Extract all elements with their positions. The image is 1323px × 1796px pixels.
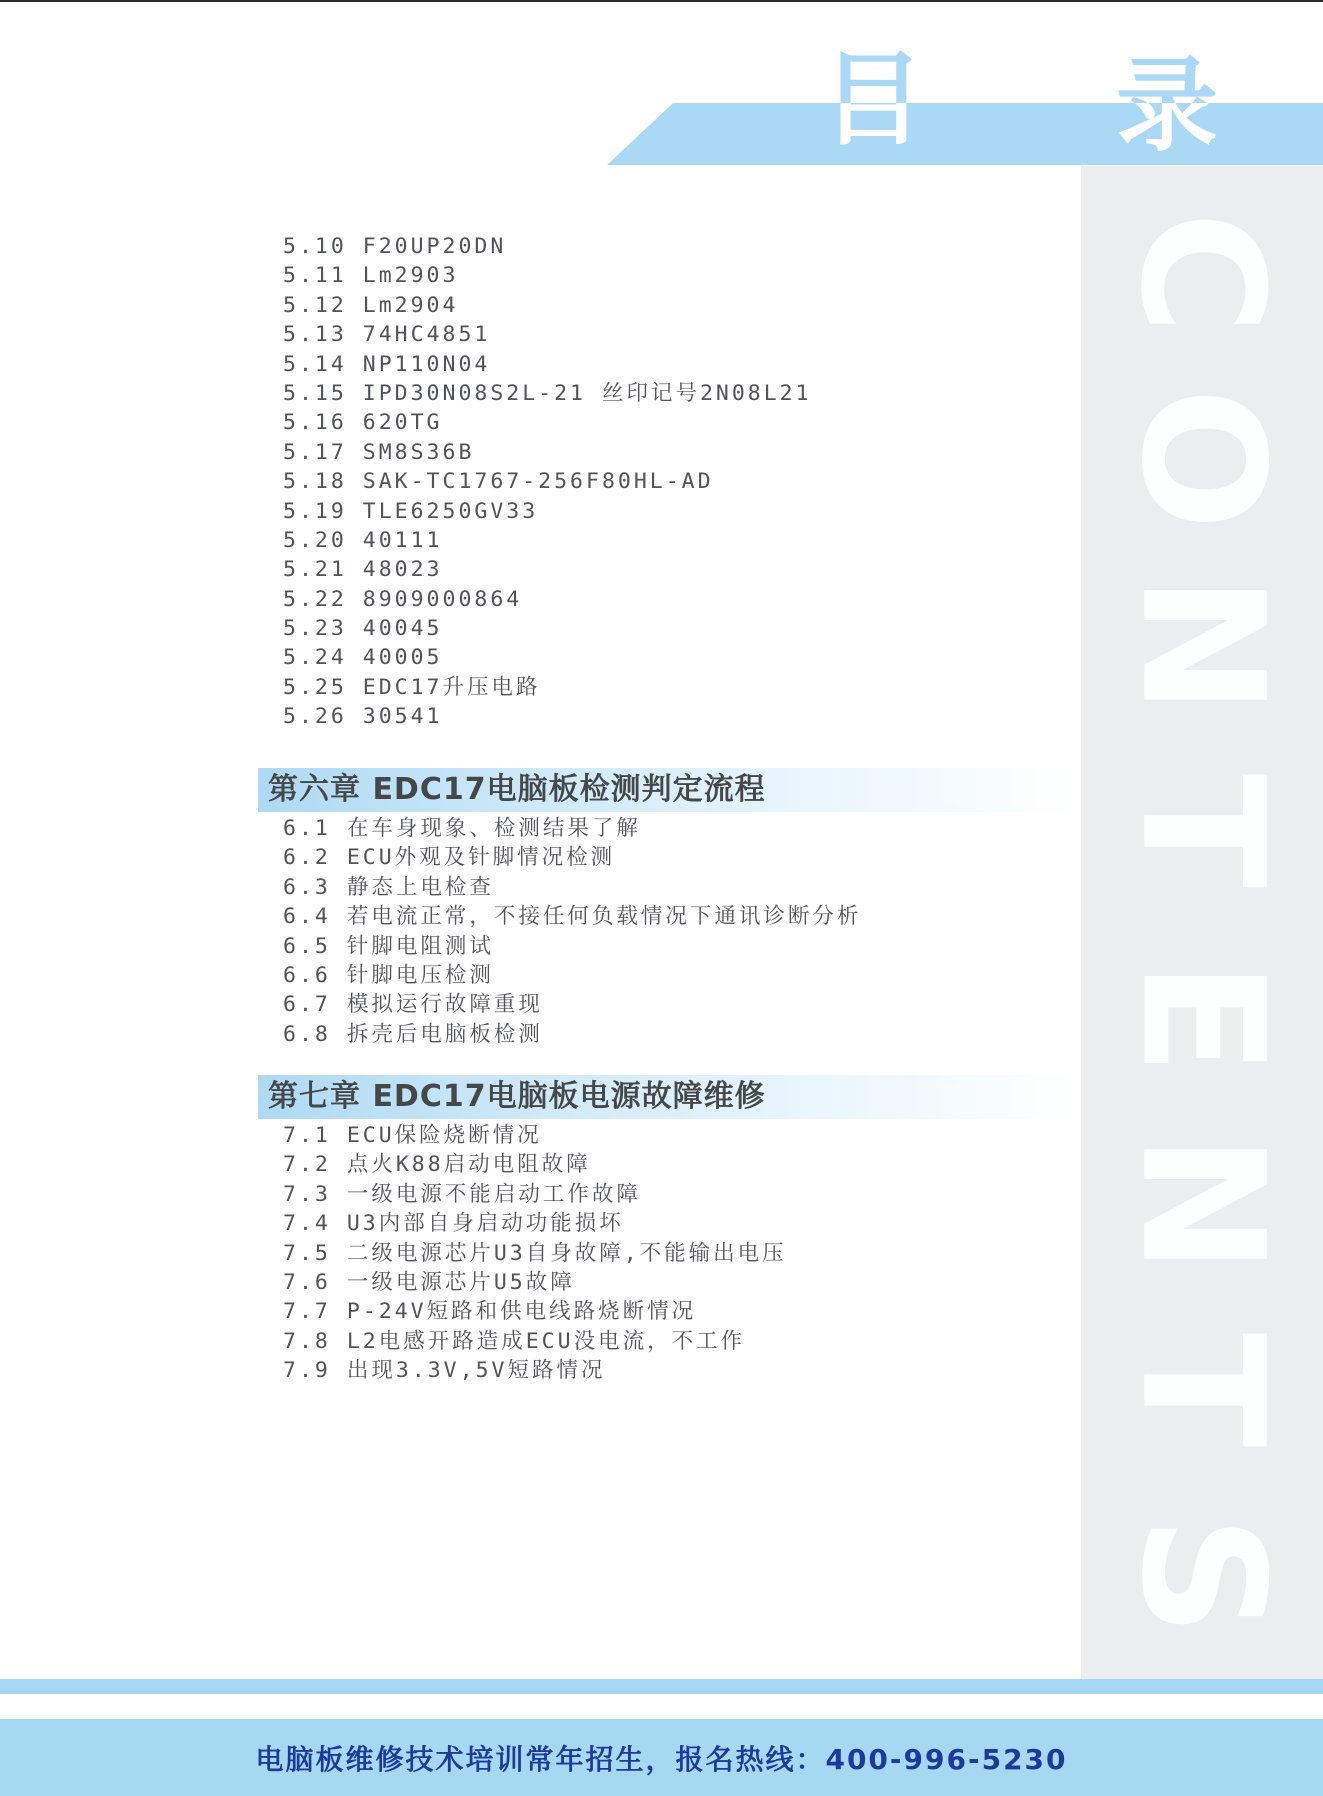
toc-item: 5.15IPD30N08S2L-21 丝印记号2N08L21 <box>283 379 812 408</box>
toc-item-number: 5.23 <box>283 614 347 643</box>
toc-item: 7.8L2电感开路造成ECU没电流，不工作 <box>283 1327 787 1356</box>
toc-item-title: 在车身现象、检测结果了解 <box>347 814 641 843</box>
toc-item-title: 拆壳后电脑板检测 <box>347 1020 543 1049</box>
toc-item-title: U3内部自身启动功能损坏 <box>347 1209 624 1238</box>
toc-item-number: 7.4 <box>283 1209 331 1238</box>
chapter-7-header-bar: 第七章 EDC17电脑板电源故障维修 <box>258 1075 1076 1119</box>
toc-item-title: 74HC4851 <box>363 320 491 349</box>
toc-item: 5.17SM8S36B <box>283 438 812 467</box>
chapter-6-header-bar: 第六章 EDC17电脑板检测判定流程 <box>258 768 1076 812</box>
toc-item-number: 7.2 <box>283 1150 331 1179</box>
toc-item-title: 出现3.3V,5V短路情况 <box>347 1356 606 1385</box>
toc-item: 5.2148023 <box>283 555 812 584</box>
toc-item-number: 5.22 <box>283 585 347 614</box>
toc-item-title: P-24V短路和供电线路烧断情况 <box>347 1297 696 1326</box>
toc-item-number: 5.17 <box>283 438 347 467</box>
toc-item-number: 5.16 <box>283 408 347 437</box>
toc-item: 6.6针脚电压检测 <box>283 961 861 990</box>
toc-item: 6.1在车身现象、检测结果了解 <box>283 814 861 843</box>
toc-item: 5.228909000864 <box>283 585 812 614</box>
toc-item-number: 5.10 <box>283 232 347 261</box>
toc-item-title: ECU外观及针脚情况检测 <box>347 843 615 872</box>
toc-item-title: IPD30N08S2L-21 丝印记号2N08L21 <box>363 379 812 408</box>
contents-watermark-letter: N <box>1118 575 1286 716</box>
toc-item-number: 5.25 <box>283 673 347 702</box>
contents-watermark-letter: T <box>1118 774 1286 889</box>
toc-item-title: 40045 <box>363 614 443 643</box>
toc-item-number: 5.24 <box>283 643 347 672</box>
toc-item-number: 5.14 <box>283 350 347 379</box>
toc-item-number: 7.1 <box>283 1121 331 1150</box>
toc-item-number: 5.13 <box>283 320 347 349</box>
toc-item-number: 5.18 <box>283 467 347 496</box>
toc-item: 5.19TLE6250GV33 <box>283 497 812 526</box>
toc-item: 7.4U3内部自身启动功能损坏 <box>283 1209 787 1238</box>
toc-item-title: SM8S36B <box>363 438 475 467</box>
toc-item: 7.9出现3.3V,5V短路情况 <box>283 1356 787 1385</box>
toc-item-number: 7.9 <box>283 1356 331 1385</box>
toc-item-title: SAK-TC1767-256F80HL-AD <box>363 467 714 496</box>
toc-item: 5.1374HC4851 <box>283 320 812 349</box>
toc-item-title: 点火K88启动电阻故障 <box>347 1150 591 1179</box>
section-7-items: 7.1ECU保险烧断情况7.2点火K88启动电阻故障7.3一级电源不能启动工作故… <box>283 1121 787 1386</box>
toc-item: 6.2ECU外观及针脚情况检测 <box>283 843 861 872</box>
toc-item: 5.16620TG <box>283 408 812 437</box>
toc-item-title: 30541 <box>363 702 443 731</box>
chapter-7-title: 第七章 EDC17电脑板电源故障维修 <box>258 1075 1076 1119</box>
toc-item-title: EDC17升压电路 <box>363 673 541 702</box>
contents-watermark-letter: E <box>1118 960 1286 1075</box>
toc-item: 6.4若电流正常，不接任何负载情况下通讯诊断分析 <box>283 902 861 931</box>
contents-watermark-letter: S <box>1118 1515 1286 1636</box>
toc-item-number: 6.4 <box>283 902 331 931</box>
toc-item-number: 5.12 <box>283 291 347 320</box>
toc-item: 7.5二级电源芯片U3自身故障,不能输出电压 <box>283 1239 787 1268</box>
toc-item-title: 40111 <box>363 526 443 555</box>
toc-item-title: 针脚电阻测试 <box>347 932 494 961</box>
toc-item: 5.14NP110N04 <box>283 350 812 379</box>
footer-hotline-text: 电脑板维修技术培训常年招生，报名热线：400-996-5230 <box>255 1738 1067 1778</box>
toc-item-number: 5.15 <box>283 379 347 408</box>
toc-item-number: 6.8 <box>283 1020 331 1049</box>
toc-item: 5.10F20UP20DN <box>283 232 812 261</box>
footer-accent-bar <box>0 1679 1323 1694</box>
toc-item-title: ECU保险烧断情况 <box>347 1121 542 1150</box>
toc-item-number: 7.3 <box>283 1180 331 1209</box>
toc-item-title: 40005 <box>363 643 443 672</box>
toc-item-title: Lm2904 <box>363 291 459 320</box>
toc-item-title: Lm2903 <box>363 261 459 290</box>
toc-item-number: 5.20 <box>283 526 347 555</box>
toc-item-title: 二级电源芯片U3自身故障,不能输出电压 <box>347 1239 787 1268</box>
chapter-6-title: 第六章 EDC17电脑板检测判定流程 <box>258 768 1076 812</box>
toc-item: 7.7P-24V短路和供电线路烧断情况 <box>283 1297 787 1326</box>
toc-item-number: 6.5 <box>283 932 331 961</box>
toc-item-number: 7.5 <box>283 1239 331 1268</box>
toc-item: 5.2630541 <box>283 702 812 731</box>
toc-item-number: 6.7 <box>283 990 331 1019</box>
toc-item-number: 6.3 <box>283 873 331 902</box>
toc-item: 6.3静态上电检查 <box>283 873 861 902</box>
toc-item: 5.2040111 <box>283 526 812 555</box>
contents-watermark-letter: N <box>1118 1133 1286 1274</box>
toc-item-number: 7.6 <box>283 1268 331 1297</box>
toc-item-title: F20UP20DN <box>363 232 507 261</box>
toc-item-title: 模拟运行故障重现 <box>347 990 543 1019</box>
toc-item: 7.2点火K88启动电阻故障 <box>283 1150 787 1179</box>
section-6-items: 6.1在车身现象、检测结果了解6.2ECU外观及针脚情况检测6.3静态上电检查6… <box>283 814 861 1049</box>
toc-item: 5.12Lm2904 <box>283 291 812 320</box>
toc-item: 7.3一级电源不能启动工作故障 <box>283 1180 787 1209</box>
toc-item-number: 6.2 <box>283 843 331 872</box>
toc-item: 6.7模拟运行故障重现 <box>283 990 861 1019</box>
toc-item-number: 6.6 <box>283 961 331 990</box>
toc-item: 7.6一级电源芯片U5故障 <box>283 1268 787 1297</box>
toc-item-number: 7.7 <box>283 1297 331 1326</box>
toc-item: 5.18SAK-TC1767-256F80HL-AD <box>283 467 812 496</box>
toc-item-title: 48023 <box>363 555 443 584</box>
toc-item-number: 5.26 <box>283 702 347 731</box>
toc-item-title: 620TG <box>363 408 443 437</box>
toc-item-title: 静态上电检查 <box>347 873 494 902</box>
section-5-items: 5.10F20UP20DN5.11Lm29035.12Lm29045.1374H… <box>283 232 812 732</box>
contents-watermark-strip: CONTENTS <box>1081 166 1323 1679</box>
toc-item-title: 若电流正常，不接任何负载情况下通讯诊断分析 <box>347 902 862 931</box>
toc-item-title: 一级电源芯片U5故障 <box>347 1268 575 1297</box>
toc-item: 5.2440005 <box>283 643 812 672</box>
toc-item-number: 5.11 <box>283 261 347 290</box>
contents-watermark-letter: T <box>1118 1333 1286 1448</box>
toc-item-title: 针脚电压检测 <box>347 961 494 990</box>
toc-item: 5.11Lm2903 <box>283 261 812 290</box>
toc-item-title: 8909000864 <box>363 585 522 614</box>
toc-item-number: 5.19 <box>283 497 347 526</box>
toc-item: 5.2340045 <box>283 614 812 643</box>
contents-watermark-letter: O <box>1118 388 1286 531</box>
toc-item: 5.25EDC17升压电路 <box>283 673 812 702</box>
toc-item: 6.8拆壳后电脑板检测 <box>283 1020 861 1049</box>
toc-item-title: TLE6250GV33 <box>363 497 538 526</box>
toc-item-title: 一级电源不能启动工作故障 <box>347 1180 641 1209</box>
toc-item-title: L2电感开路造成ECU没电流，不工作 <box>347 1327 745 1356</box>
toc-item-number: 6.1 <box>283 814 331 843</box>
toc-item-title: NP110N04 <box>363 350 491 379</box>
toc-item: 6.5针脚电阻测试 <box>283 932 861 961</box>
toc-item: 7.1ECU保险烧断情况 <box>283 1121 787 1150</box>
footer-bar: 电脑板维修技术培训常年招生，报名热线：400-996-5230 <box>0 1719 1323 1796</box>
toc-item-number: 5.21 <box>283 555 347 584</box>
toc-item-number: 7.8 <box>283 1327 331 1356</box>
